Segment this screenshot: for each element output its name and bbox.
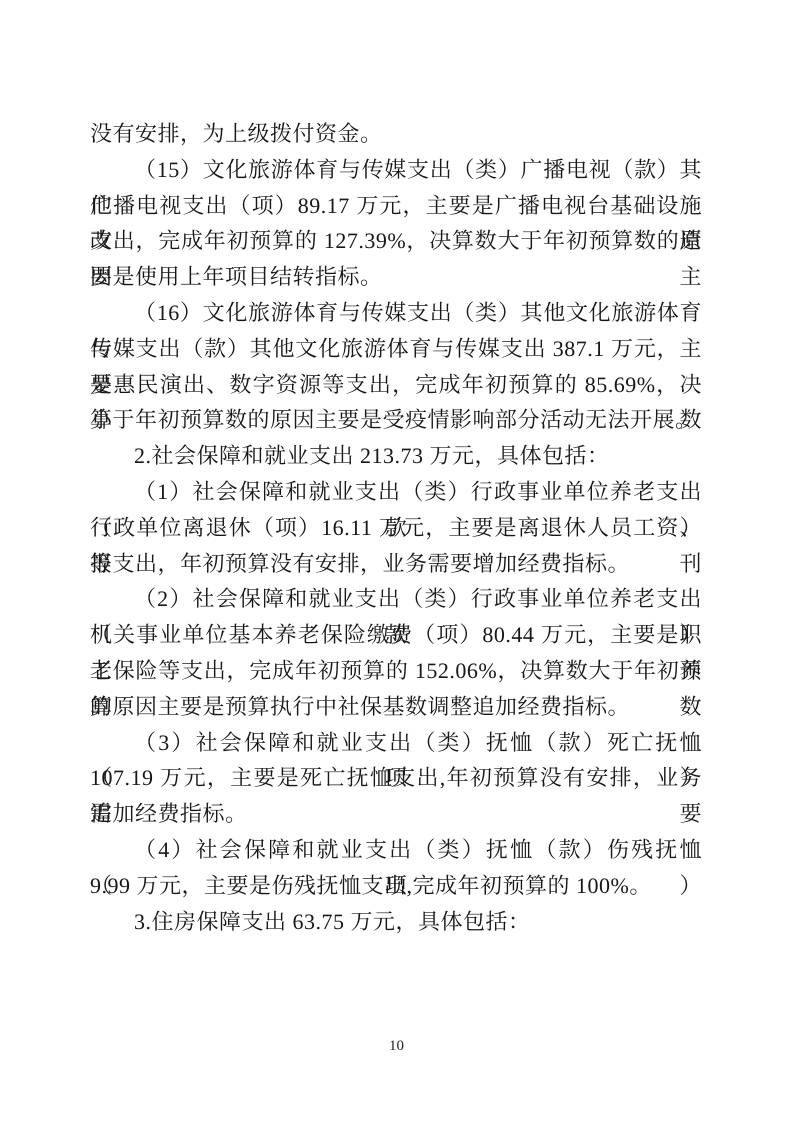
text-line: （2）社会保障和就业支出（类）行政事业单位养老支出（款） (90, 581, 702, 617)
text-line: 是惠民演出、数字资源等支出，完成年初预算的 85.69%，决算数 (90, 367, 702, 403)
text-line: （3）社会保障和就业支出（类）抚恤（款）死亡抚恤（项） (90, 725, 702, 761)
text-line: 没有安排，为上级拨付资金。 (90, 116, 702, 152)
text-line: 的原因主要是预算执行中社保基数调整追加经费指标。 (90, 689, 702, 725)
text-line: 老保险等支出，完成年初预算的 152.06%，决算数大于年初预算数 (90, 653, 702, 689)
text-line: （15）文化旅游体育与传媒支出（类）广播电视（款）其他 (90, 152, 702, 188)
text-line: 广播电视支出（项）89.17 万元，主要是广播电视台基础设施改造 (90, 188, 702, 224)
text-line: （16）文化旅游体育与传媒支出（类）其他文化旅游体育与 (90, 295, 702, 331)
document-body: 没有安排，为上级拨付资金。 （15）文化旅游体育与传媒支出（类）广播电视（款）其… (90, 116, 702, 939)
document-page: 没有安排，为上级拨付资金。 （15）文化旅游体育与传媒支出（类）广播电视（款）其… (0, 0, 793, 1122)
text-line: 行政单位离退休（项）16.11 万元，主要是离退休人员工资、报刊 (90, 510, 702, 546)
text-line: 9.99 万元，主要是伤残抚恤支出,完成年初预算的 100%。 (90, 868, 702, 904)
text-line: 2.社会保障和就业支出 213.73 万元，具体包括： (90, 438, 702, 474)
text-line: 107.19 万元，主要是死亡抚恤支出,年初预算没有安排，业务需要 (90, 760, 702, 796)
text-line: 机关事业单位基本养老保险缴费（项）80.44 万元，主要是职工养 (90, 617, 702, 653)
text-line: （4）社会保障和就业支出（类）抚恤（款）伤残抚恤（项） (90, 832, 702, 868)
text-line: 支出，完成年初预算的 127.39%，决算数大于年初预算数的原因主 (90, 223, 702, 259)
text-line: 3.住房保障支出 63.75 万元，具体包括： (90, 904, 702, 940)
page-number: 10 (0, 1038, 793, 1055)
text-line: 等支出，年初预算没有安排，业务需要增加经费指标。 (90, 546, 702, 582)
text-line: 传媒支出（款）其他文化旅游体育与传媒支出 387.1 万元，主要 (90, 331, 702, 367)
text-line: （1）社会保障和就业支出（类）行政事业单位养老支出（款） (90, 474, 702, 510)
text-line: 小于年初预算数的原因主要是受疫情影响部分活动无法开展。 (90, 402, 702, 438)
